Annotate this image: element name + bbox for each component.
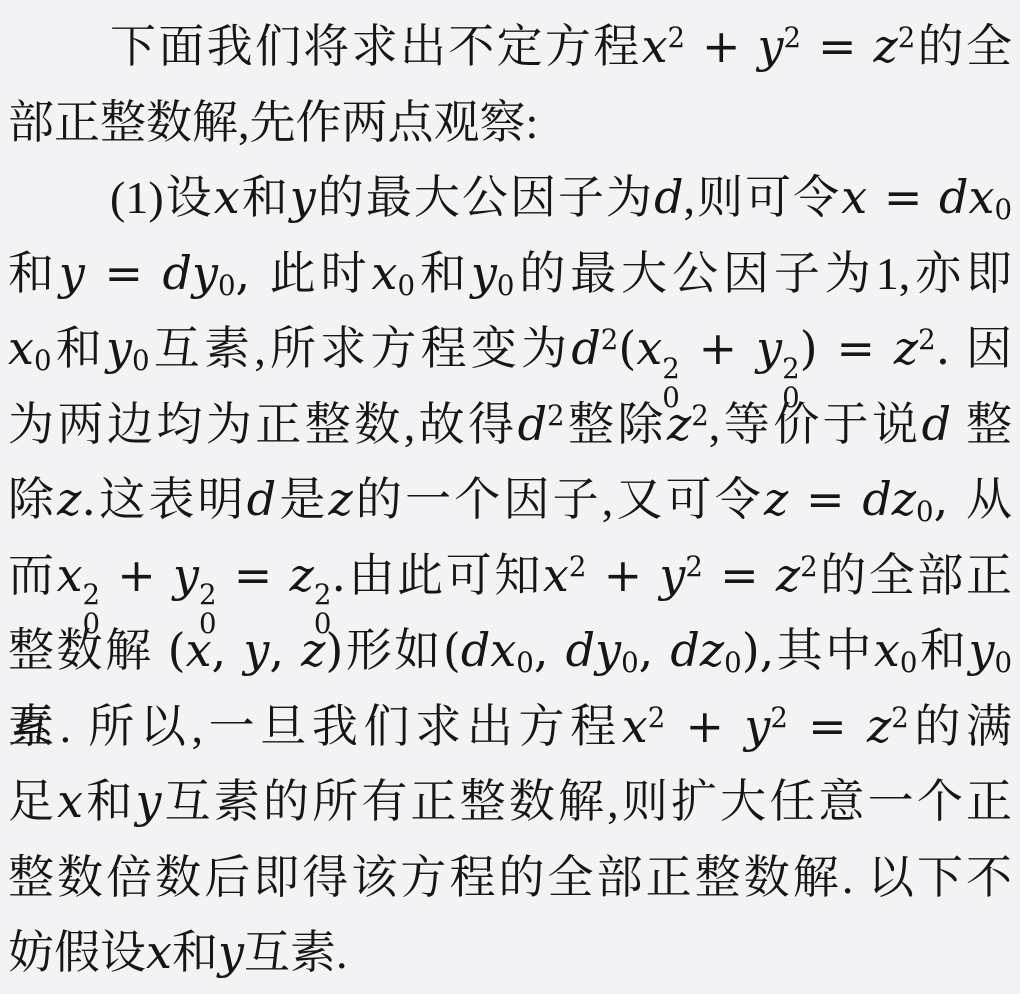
chinese-text: 和	[8, 248, 59, 299]
math-operator: +	[100, 548, 173, 602]
math-variable: d	[654, 170, 683, 224]
chinese-text: 整除	[565, 399, 667, 450]
math-operator: =	[867, 170, 939, 224]
math-variable: y	[595, 623, 621, 677]
chinese-text: 这表明	[96, 474, 247, 525]
math-variable: z	[700, 623, 724, 677]
math-subscript: 0	[497, 269, 515, 302]
chinese-text: 和	[83, 776, 135, 827]
text-line: x0和y0互素,所求方程变为d2(x20 + y20) = z2. 因	[8, 311, 1012, 387]
math-variable: x	[214, 170, 240, 224]
chinese-text: 是	[276, 474, 328, 525]
math-subscript: 0	[994, 646, 1012, 679]
chinese-text: 部正整数解,先作两点观察:	[8, 97, 538, 148]
math-variable: x	[642, 19, 668, 73]
math-subscript: 0	[132, 344, 150, 377]
math-variable: x	[874, 623, 900, 677]
math-expression: y0	[106, 321, 150, 375]
math-expression: x0	[874, 623, 918, 677]
math-variable: y	[756, 321, 782, 375]
math-superscript: 2	[891, 700, 909, 733]
math-operator: ,	[212, 623, 244, 677]
math-subscript: 0	[218, 269, 236, 302]
math-expression: x2 + y2 = z2	[543, 548, 818, 602]
math-subscript: 0	[621, 646, 639, 679]
chinese-text: 的全部正	[818, 550, 1012, 601]
math-variable: z	[894, 321, 918, 375]
math-superscript: 2	[800, 549, 818, 582]
math-superscript: 2	[668, 21, 686, 54]
chinese-text: 和	[240, 172, 290, 223]
chinese-text: 的全	[915, 21, 1012, 72]
math-subscript: 0	[397, 269, 415, 302]
math-variable: x	[146, 925, 172, 979]
chinese-text: 整数倍数后即得该方程的全部正整数解. 以下不	[8, 852, 1012, 903]
chinese-text: 和	[415, 248, 471, 299]
math-superscript: 2	[601, 323, 619, 356]
math-expression: x	[214, 170, 240, 224]
math-variable: x	[57, 548, 83, 602]
math-variable: d	[922, 397, 951, 451]
math-variable: z	[667, 397, 691, 451]
math-expression: y0	[471, 246, 515, 300]
math-variable: y	[243, 623, 269, 677]
math-variable: y	[744, 699, 770, 753]
math-expression: d	[247, 472, 276, 526]
math-operator: (	[168, 623, 186, 677]
math-superscript: 2	[685, 549, 703, 582]
math-variable: z	[301, 623, 325, 677]
math-operator: (	[443, 623, 461, 677]
math-operator: .	[331, 548, 346, 602]
math-operator: +	[685, 19, 757, 73]
chinese-text: 和	[172, 927, 218, 978]
math-variable: z	[290, 548, 314, 602]
math-variable: x	[969, 170, 995, 224]
chinese-text: 的最大公因子为	[316, 172, 654, 223]
math-expression: x	[57, 774, 83, 828]
math-variable: d	[571, 321, 600, 375]
chinese-text: 整数解	[8, 625, 168, 676]
math-operator: ,	[236, 246, 270, 300]
math-variable: y	[968, 623, 994, 677]
chinese-text: 妨假设	[8, 927, 146, 978]
math-operator: +	[586, 548, 659, 602]
chinese-text: 而	[8, 550, 57, 601]
math-expression: d2	[518, 397, 565, 451]
math-expression: y0	[968, 623, 1012, 677]
math-operator: =	[85, 246, 163, 300]
chinese-text: 的最大公因子为1,亦即	[514, 248, 1012, 299]
math-variable: d	[163, 246, 192, 300]
math-variable: x	[186, 623, 212, 677]
math-operator: =	[703, 548, 776, 602]
math-subscript: 0	[516, 646, 534, 679]
math-expression: z	[329, 472, 353, 526]
math-variable: z	[892, 472, 916, 526]
chinese-text: ,则可令	[684, 172, 842, 223]
math-variable: y	[218, 925, 244, 979]
math-operator: =	[818, 321, 894, 375]
math-expression: z2	[667, 397, 709, 451]
math-superscript: 2	[648, 700, 666, 733]
math-operator: .	[81, 472, 96, 526]
math-superscript: 2	[691, 398, 709, 431]
math-operator: +	[680, 321, 756, 375]
math-subscript: 0	[34, 344, 52, 377]
math-operator: =	[788, 472, 862, 526]
chinese-text: ,等价于说	[709, 399, 922, 450]
math-operator: )	[800, 321, 818, 375]
math-variable: d	[670, 623, 699, 677]
math-variable: y	[758, 19, 784, 73]
chinese-text: 和	[917, 625, 968, 676]
chinese-text: 足	[8, 776, 57, 827]
chinese-text: (1)设	[110, 172, 214, 223]
math-variable: d	[461, 623, 490, 677]
math-variable: x	[57, 774, 83, 828]
math-operator: ,	[639, 623, 671, 677]
chinese-text: 互素的所有正整数解,则扩大任意一个正	[161, 776, 1012, 827]
math-variable: d	[566, 623, 595, 677]
text-line: 妨假设x和y互素.	[8, 915, 1012, 991]
math-variable: z	[874, 19, 898, 73]
math-variable: y	[173, 548, 199, 602]
math-expression: z = dz0,	[764, 472, 966, 526]
chinese-text: 的一个因子,又可令	[353, 474, 764, 525]
math-operator: =	[788, 699, 867, 753]
math-operator: ),	[742, 623, 775, 677]
math-expression: x2 + y2 = z2	[642, 19, 916, 73]
math-variable: x	[841, 170, 867, 224]
chinese-text: 的满	[909, 701, 1012, 752]
text-line: 整数解 (x, y, z)形如(dx0, dy0, dz0),其中x0和y0互	[8, 613, 1012, 689]
math-variable: y	[135, 774, 161, 828]
math-operator: =	[801, 19, 873, 73]
text-line: 下面我们将求出不定方程x2 + y2 = z2的全	[8, 9, 1012, 85]
math-variable: y	[471, 246, 497, 300]
text-line: 和y = dy0, 此时x0和y0的最大公因子为1,亦即	[8, 236, 1012, 312]
math-operator: )	[325, 623, 343, 677]
math-expression: x0	[8, 321, 52, 375]
math-variable: y	[192, 246, 218, 300]
math-expression: x2 + y2 = z2	[622, 699, 909, 753]
math-variable: x	[636, 321, 662, 375]
math-operator: ,	[934, 472, 966, 526]
math-variable: z	[867, 699, 891, 753]
chinese-text: 为两边均为正整数,故得	[8, 399, 518, 450]
math-superscript: 2	[547, 398, 565, 431]
text-line: 部正整数解,先作两点观察:	[8, 85, 1012, 161]
math-expression: x0	[372, 246, 416, 300]
math-operator: ,	[269, 623, 301, 677]
math-superscript: 2	[569, 549, 587, 582]
math-operator: +	[665, 699, 744, 753]
text-line: 足x和y互素的所有正整数解,则扩大任意一个正	[8, 764, 1012, 840]
chinese-text: 下面我们将求出不定方程	[110, 21, 642, 72]
chinese-text: 此时	[270, 248, 372, 299]
math-expression: (dx0, dy0, dz0),	[443, 623, 774, 677]
math-variable: d	[939, 170, 968, 224]
math-operator: =	[217, 548, 290, 602]
math-variable: x	[372, 246, 398, 300]
chinese-text: 形如	[343, 625, 443, 676]
math-expression: (x, y, z)	[168, 623, 344, 677]
chinese-text: 和	[52, 323, 106, 374]
math-superscript: 2	[770, 700, 788, 733]
math-variable: z	[776, 548, 800, 602]
chinese-text: 互素.	[244, 927, 348, 978]
math-variable: y	[659, 548, 685, 602]
math-expression: x = dx0	[841, 170, 1012, 224]
math-variable: z	[57, 472, 81, 526]
math-subscript: 0	[916, 495, 934, 528]
text-line: (1)设x和y的最大公因子为d,则可令x = dx0	[8, 160, 1012, 236]
chinese-text: 由此可知	[346, 550, 543, 601]
math-expression: d	[654, 170, 683, 224]
math-variable: z	[329, 472, 353, 526]
math-variable: d	[862, 472, 891, 526]
math-variable: x	[8, 321, 34, 375]
math-variable: z	[764, 472, 788, 526]
math-operator: .	[936, 321, 951, 375]
math-expression: z.	[57, 472, 96, 526]
math-variable: d	[247, 472, 276, 526]
math-expression: d	[922, 397, 951, 451]
text-line: 为两边均为正整数,故得d2整除z2,等价于说d 整	[8, 387, 1012, 463]
math-variable: y	[290, 170, 316, 224]
math-variable: x	[622, 699, 648, 753]
math-expression: y = dy0,	[59, 246, 270, 300]
text-line: 素. 所以,一旦我们求出方程x2 + y2 = z2的满	[8, 689, 1012, 765]
chinese-text: 互素,所求方程变为	[150, 323, 572, 374]
text-line: 而x20 + y20 = z20.由此可知x2 + y2 = z2的全部正	[8, 538, 1012, 614]
chinese-text: 整	[951, 399, 1012, 450]
math-variable: x	[543, 548, 569, 602]
math-subscript: 0	[724, 646, 742, 679]
math-superscript: 2	[784, 21, 802, 54]
document-body: 下面我们将求出不定方程x2 + y2 = z2的全部正整数解,先作两点观察:(1…	[8, 9, 1012, 991]
math-expression: d2(x20 + y20) = z2.	[571, 321, 950, 375]
math-expression: x	[146, 925, 172, 979]
math-operator: (	[618, 321, 636, 375]
math-expression: y	[290, 170, 316, 224]
text-line: 除z.这表明d是z的一个因子,又可令z = dz0, 从	[8, 462, 1012, 538]
chinese-text: 除	[8, 474, 57, 525]
math-variable: y	[59, 246, 85, 300]
math-superscript: 2	[898, 21, 916, 54]
chinese-text: 从	[966, 474, 1012, 525]
math-operator: ,	[534, 623, 566, 677]
chinese-text: 素. 所以,一旦我们求出方程	[8, 701, 622, 752]
math-expression: x20 + y20 = z20.	[57, 548, 346, 602]
math-subscript: 0	[994, 193, 1012, 226]
text-line: 整数倍数后即得该方程的全部正整数解. 以下不	[8, 840, 1012, 916]
math-expression: y	[218, 925, 244, 979]
math-variable: x	[490, 623, 516, 677]
math-superscript: 2	[918, 323, 936, 356]
chinese-text: 其中	[774, 625, 874, 676]
math-subscript: 0	[900, 646, 918, 679]
math-variable: y	[106, 321, 132, 375]
math-variable: d	[518, 397, 547, 451]
document-page: 下面我们将求出不定方程x2 + y2 = z2的全部正整数解,先作两点观察:(1…	[0, 0, 1020, 994]
math-expression: y	[135, 774, 161, 828]
chinese-text: 因	[950, 323, 1012, 374]
